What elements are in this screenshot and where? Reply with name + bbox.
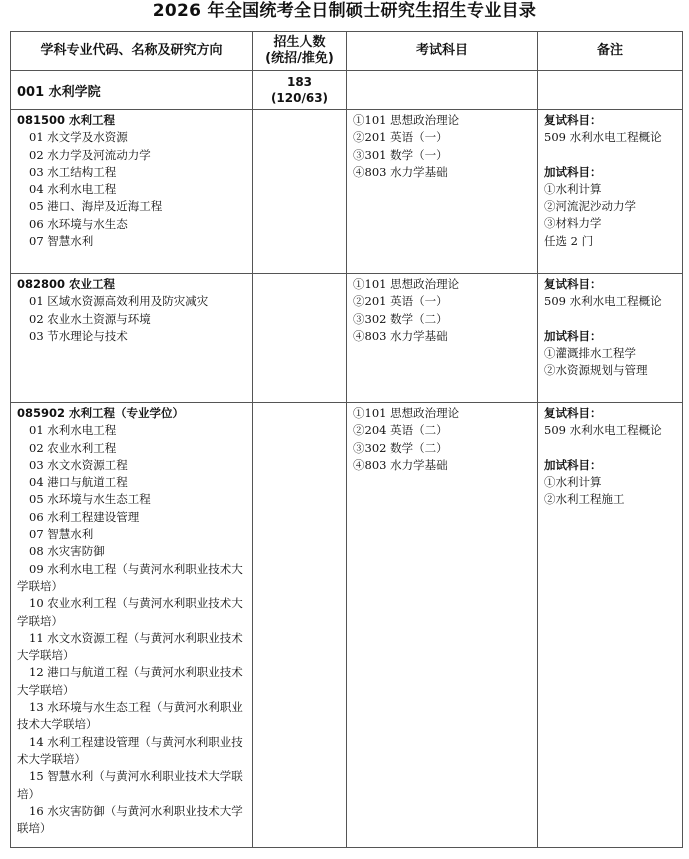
extra-label: 加试科目： <box>544 457 677 474</box>
retest-label: 复试科目： <box>544 276 677 293</box>
exam-item: ②201 英语（一） <box>353 129 532 146</box>
direction-item: 03 节水理论与技术 <box>17 328 247 345</box>
direction-item: 13 水环境与水生态工程（与黄河水利职业技术大学联培） <box>17 699 247 734</box>
direction-item: 02 农业水土资源与环境 <box>17 311 247 328</box>
department-name: 001 水利学院 <box>11 81 252 100</box>
direction-item: 16 水灾害防御（与黄河水利职业技术大学联培） <box>17 803 247 838</box>
direction-item: 10 农业水利工程（与黄河水利职业技术大学联培） <box>17 595 247 630</box>
direction-item: 03 水文水资源工程 <box>17 457 247 474</box>
major-code-name: 081500 水利工程 <box>17 112 247 129</box>
direction-item: 15 智慧水利（与黄河水利职业技术大学联培） <box>17 768 247 803</box>
exam-item: ①101 思想政治理论 <box>353 405 532 422</box>
header-major: 学科专业代码、名称及研究方向 <box>11 32 253 71</box>
header-notes: 备注 <box>538 32 683 71</box>
extra-subject: ①灌溉排水工程学 <box>544 345 677 362</box>
retest-subject: 509 水利水电工程概论 <box>544 129 677 146</box>
exam-item: ②204 英语（二） <box>353 422 532 439</box>
extra-subject: ②水利工程施工 <box>544 491 677 508</box>
retest-subject: 509 水利水电工程概论 <box>544 293 677 310</box>
exam-item: ③302 数学（二） <box>353 440 532 457</box>
exam-item: ④803 水力学基础 <box>353 457 532 474</box>
direction-item: 07 智慧水利 <box>17 526 247 543</box>
extra-subject: 任选 2 门 <box>544 233 677 250</box>
header-exams: 考试科目 <box>347 32 538 71</box>
direction-item: 02 农业水利工程 <box>17 440 247 457</box>
extra-subject: ①水利计算 <box>544 181 677 198</box>
exam-item: ③302 数学（二） <box>353 311 532 328</box>
major-code-name: 085902 水利工程（专业学位） <box>17 405 247 422</box>
exam-item: ①101 思想政治理论 <box>353 276 532 293</box>
enrollment-cell <box>253 403 347 848</box>
department-row: 001 水利学院 183 (120/63) <box>11 71 683 110</box>
department-split: (120/63) <box>253 90 346 106</box>
enrollment-cell <box>253 110 347 274</box>
major-row: 085902 水利工程（专业学位） 01 水利水电工程 02 农业水利工程 03… <box>11 403 683 848</box>
retest-subject: 509 水利水电工程概论 <box>544 422 677 439</box>
major-code-name: 082800 农业工程 <box>17 276 247 293</box>
page-title: 2026 年全国统考全日制硕士研究生招生专业目录 <box>0 0 689 26</box>
enrollment-cell <box>253 274 347 403</box>
direction-item: 01 水利水电工程 <box>17 422 247 439</box>
direction-item: 06 水利工程建设管理 <box>17 509 247 526</box>
extra-label: 加试科目： <box>544 164 677 181</box>
extra-label: 加试科目： <box>544 328 677 345</box>
major-row: 082800 农业工程 01 区域水资源高效利用及防灾减灾 02 农业水土资源与… <box>11 274 683 403</box>
header-enrollment-line2: (统招/推免) <box>253 51 346 67</box>
retest-label: 复试科目： <box>544 405 677 422</box>
direction-item: 02 水力学及河流动力学 <box>17 147 247 164</box>
extra-subject: ③材料力学 <box>544 215 677 232</box>
direction-item: 05 港口、海岸及近海工程 <box>17 198 247 215</box>
extra-subject: ①水利计算 <box>544 474 677 491</box>
header-enrollment-line1: 招生人数 <box>253 35 346 51</box>
direction-item: 12 港口与航道工程（与黄河水利职业技术大学联培） <box>17 664 247 699</box>
exam-item: ③301 数学（一） <box>353 147 532 164</box>
extra-subject: ②河流泥沙动力学 <box>544 198 677 215</box>
direction-item: 04 水利水电工程 <box>17 181 247 198</box>
direction-item: 06 水环境与水生态 <box>17 216 247 233</box>
table-header-row: 学科专业代码、名称及研究方向 招生人数 (统招/推免) 考试科目 备注 <box>11 32 683 71</box>
department-total: 183 <box>253 74 346 90</box>
direction-item: 08 水灾害防御 <box>17 543 247 560</box>
direction-item: 01 水文学及水资源 <box>17 129 247 146</box>
exam-item: ①101 思想政治理论 <box>353 112 532 129</box>
program-catalog-table: 学科专业代码、名称及研究方向 招生人数 (统招/推免) 考试科目 备注 001 … <box>10 31 683 848</box>
direction-item: 07 智慧水利 <box>17 233 247 250</box>
exam-item: ②201 英语（一） <box>353 293 532 310</box>
extra-subject: ②水资源规划与管理 <box>544 362 677 379</box>
direction-item: 05 水环境与水生态工程 <box>17 491 247 508</box>
direction-item: 09 水利水电工程（与黄河水利职业技术大学联培） <box>17 561 247 596</box>
direction-item: 04 港口与航道工程 <box>17 474 247 491</box>
exam-item: ④803 水力学基础 <box>353 164 532 181</box>
header-enrollment: 招生人数 (统招/推免) <box>253 32 347 71</box>
direction-item: 01 区域水资源高效利用及防灾减灾 <box>17 293 247 310</box>
exam-item: ④803 水力学基础 <box>353 328 532 345</box>
retest-label: 复试科目： <box>544 112 677 129</box>
direction-item: 03 水工结构工程 <box>17 164 247 181</box>
direction-item: 14 水利工程建设管理（与黄河水利职业技术大学联培） <box>17 734 247 769</box>
direction-item: 11 水文水资源工程（与黄河水利职业技术大学联培） <box>17 630 247 665</box>
major-row: 081500 水利工程 01 水文学及水资源 02 水力学及河流动力学 03 水… <box>11 110 683 274</box>
